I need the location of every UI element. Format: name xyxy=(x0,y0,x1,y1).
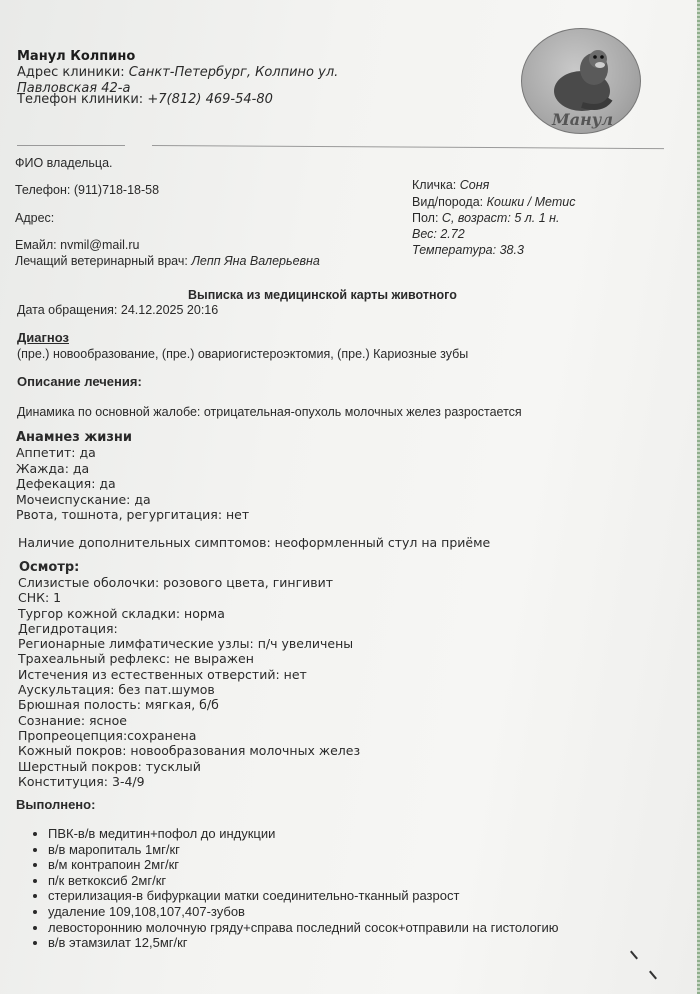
exam-item: Аускультация: без пат.шумов xyxy=(18,682,360,697)
diagnosis-text: (пре.) новообразование, (пре.) овариогис… xyxy=(17,347,468,361)
done-item: левостороннию молочную гряду+справа посл… xyxy=(48,920,559,936)
svg-text:Манул: Манул xyxy=(551,110,613,129)
pet-age-label: возраст: xyxy=(458,211,511,225)
clinic-address-label: Адрес клиники: xyxy=(17,65,125,80)
clinic-name: Манул Колпино xyxy=(17,49,135,64)
pet-breed: Вид/порода: Кошки / Метис xyxy=(412,195,575,209)
visit-date-value: 24.12.2025 20:16 xyxy=(121,303,218,317)
clinic-phone: Телефон клиники: +7(812) 469-54-80 xyxy=(17,92,273,107)
pet-name: Кличка: Соня xyxy=(412,178,489,192)
exam-item: Конституция: 3-4/9 xyxy=(18,774,360,789)
anamnesis-item: Рвота, тошнота, регургитация: нет xyxy=(16,507,249,523)
done-heading: Выполнено: xyxy=(16,797,95,812)
additional-symptoms: Наличие дополнительных симптомов: неофор… xyxy=(18,535,490,550)
exam-item: Трахеальный рефлекс: не выражен xyxy=(18,651,360,666)
exam-heading: Осмотр: xyxy=(19,560,79,575)
anamnesis-list: Аппетит: да Жажда: да Дефекация: да Моче… xyxy=(16,445,249,523)
clinic-phone-value: +7(812) 469-54-80 xyxy=(147,92,273,107)
pet-sex-age: Пол: С, возраст: 5 л. 1 н. xyxy=(412,211,560,225)
anamnesis-item: Мочеиспускание: да xyxy=(16,492,249,508)
done-item: в/м контрапоин 2мг/кг xyxy=(48,857,559,873)
owner-fio-label: ФИО владельца. xyxy=(15,156,113,170)
diagnosis-heading: Диагноз xyxy=(17,330,69,345)
exam-list: Слизистые оболочки: розового цвета, гинг… xyxy=(18,575,360,789)
clinic-phone-label: Телефон клиники: xyxy=(17,92,143,107)
anamnesis-item: Аппетит: да xyxy=(16,445,249,461)
exam-item: Сознание: ясное xyxy=(18,713,360,728)
done-list: ПВК-в/в медитин+пофол до индукции в/в ма… xyxy=(22,826,559,951)
done-item: п/к веткоксиб 2мг/кг xyxy=(48,873,559,889)
owner-email: Емайл: nvmil@mail.ru xyxy=(15,238,140,252)
clinic-logo: Манул xyxy=(521,28,641,134)
clinic-address-value: Санкт-Петербург, Колпино ул. xyxy=(129,65,338,80)
visit-date: Дата обращения: 24.12.2025 20:16 xyxy=(17,303,218,317)
exam-item: СНК: 1 xyxy=(18,590,360,605)
divider-left xyxy=(17,145,125,146)
anamnesis-item: Жажда: да xyxy=(16,461,249,477)
pet-name-value: Соня xyxy=(460,178,490,192)
document-title: Выписка из медицинской карты животного xyxy=(188,288,457,302)
owner-email-label: Емайл: xyxy=(15,238,57,252)
exam-item: Дегидротация: xyxy=(18,621,360,636)
owner-phone: Телефон: (911)718-18-58 xyxy=(15,183,159,197)
manul-cat-icon: Манул xyxy=(522,29,640,133)
exam-item: Кожный покров: новообразования молочных … xyxy=(18,743,360,758)
exam-item: Регионарные лимфатические узлы: п/ч увел… xyxy=(18,636,360,651)
treatment-text: Динамика по основной жалобе: отрицательн… xyxy=(17,405,522,419)
pet-age-value: 5 л. 1 н. xyxy=(514,211,559,225)
pet-sex-value: С, xyxy=(442,211,455,225)
pet-temperature: Температура: 38.3 xyxy=(412,243,524,257)
treatment-heading: Описание лечения: xyxy=(17,374,142,389)
exam-item: Истечения из естественных отверстий: нет xyxy=(18,667,360,682)
done-item: удаление 109,108,107,407-зубов xyxy=(48,904,559,920)
pet-breed-label: Вид/порода: xyxy=(412,195,483,209)
attending-vet-value: Лепп Яна Валерьевна xyxy=(191,254,320,268)
pet-sex-label: Пол: xyxy=(412,211,438,225)
clinic-address: Адрес клиники: Санкт-Петербург, Колпино … xyxy=(17,65,338,80)
attending-vet-label: Лечащий ветеринарный врач: xyxy=(15,254,188,268)
visit-date-label: Дата обращения: xyxy=(17,303,117,317)
exam-item: Шерстный покров: тусклый xyxy=(18,759,360,774)
owner-phone-value: (911)718-18-58 xyxy=(74,183,159,197)
attending-vet: Лечащий ветеринарный врач: Лепп Яна Вале… xyxy=(15,254,320,268)
owner-phone-label: Телефон: xyxy=(15,183,70,197)
pet-breed-value: Кошки / Метис xyxy=(487,195,576,209)
pet-weight: Вес: 2.72 xyxy=(412,227,465,241)
anamnesis-heading: Анамнез жизни xyxy=(16,430,132,445)
pet-name-label: Кличка: xyxy=(412,178,456,192)
done-item: стерилизация-в бифуркации матки соединит… xyxy=(48,888,559,904)
done-item: ПВК-в/в медитин+пофол до индукции xyxy=(48,826,559,842)
owner-email-value: nvmil@mail.ru xyxy=(60,238,139,252)
done-item: в/в маропиталь 1мг/кг xyxy=(48,842,559,858)
exam-item: Слизистые оболочки: розового цвета, гинг… xyxy=(18,575,360,590)
owner-address-label: Адрес: xyxy=(15,211,54,225)
exam-item: Брюшная полость: мягкая, б/б xyxy=(18,697,360,712)
done-item: в/в этамзилат 12,5мг/кг xyxy=(48,935,559,951)
exam-item: Тургор кожной складки: норма xyxy=(18,606,360,621)
anamnesis-item: Дефекация: да xyxy=(16,476,249,492)
exam-item: Пропреоцепция:сохранена xyxy=(18,728,360,743)
